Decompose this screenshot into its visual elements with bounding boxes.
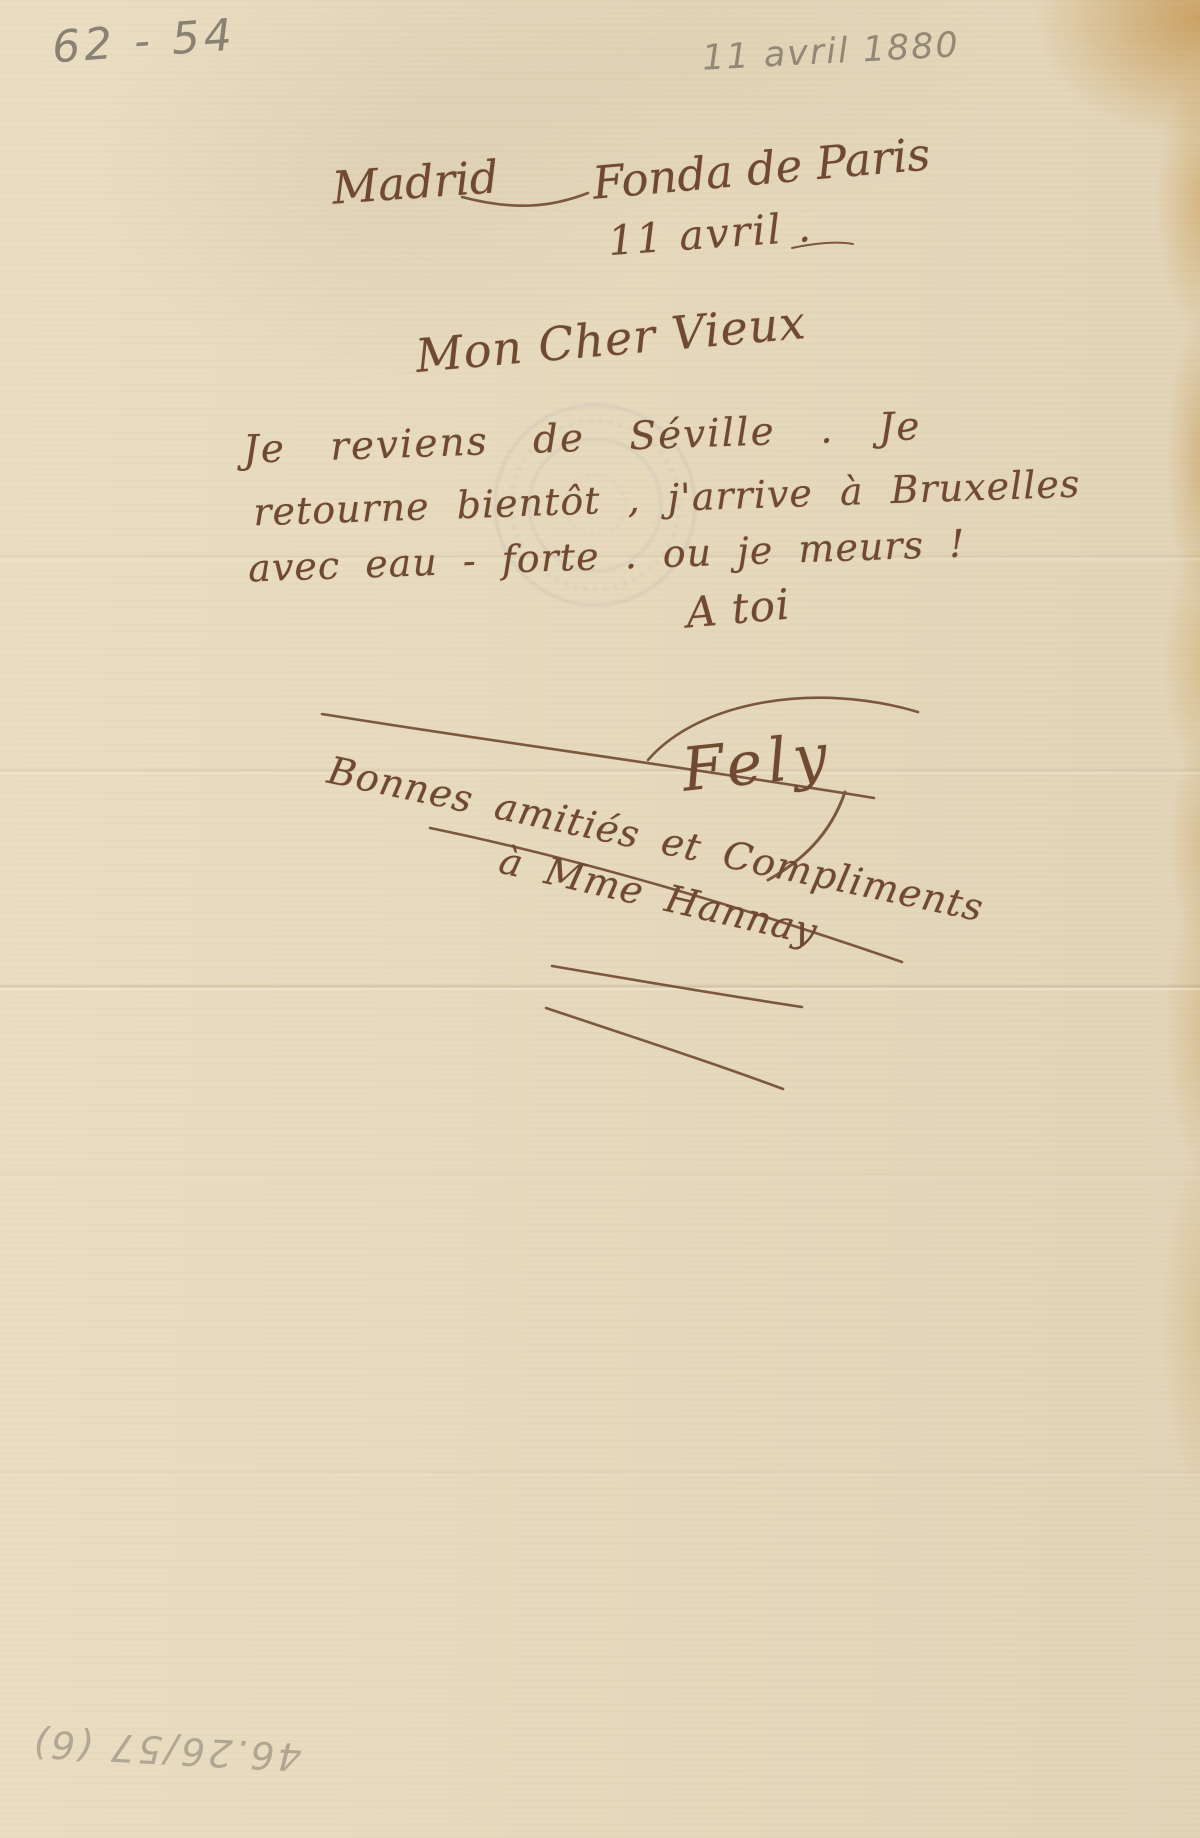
fold-crease <box>0 1172 1200 1179</box>
round-embossed-collection-stamp <box>0 0 1200 1838</box>
closing-flourish-stroke-1 <box>552 966 802 1007</box>
fold-crease <box>0 1470 1200 1477</box>
paper-stains <box>0 0 1200 1838</box>
inventory-number-top-left: 62 - 54 <box>50 10 237 74</box>
heading-hotel: Fonda de Paris <box>590 127 932 209</box>
closing-flourish-stroke-2 <box>546 1008 783 1089</box>
closing-formula: A toi <box>684 580 792 638</box>
ink-flourishes <box>0 0 1200 1838</box>
fold-crease <box>0 984 1200 991</box>
heading-city: Madrid <box>330 150 500 214</box>
salutation: Mon Cher Vieux <box>413 295 808 383</box>
archivist-date-top-right: 11 avril 1880 <box>701 25 961 78</box>
fold-crease <box>0 768 1200 775</box>
heading-date: 11 avril . <box>607 203 815 265</box>
body-line-1: Je reviens de Séville . Je <box>242 404 922 473</box>
signature: Fely <box>679 720 836 805</box>
letter-page: 62 - 54 11 avril 1880 46.26/57 (6) Madri… <box>0 0 1200 1838</box>
inventory-number-bottom-inverted: 46.26/57 (6) <box>29 1721 303 1779</box>
body-line-3: avec eau - forte . ou je meurs ! <box>247 521 966 590</box>
